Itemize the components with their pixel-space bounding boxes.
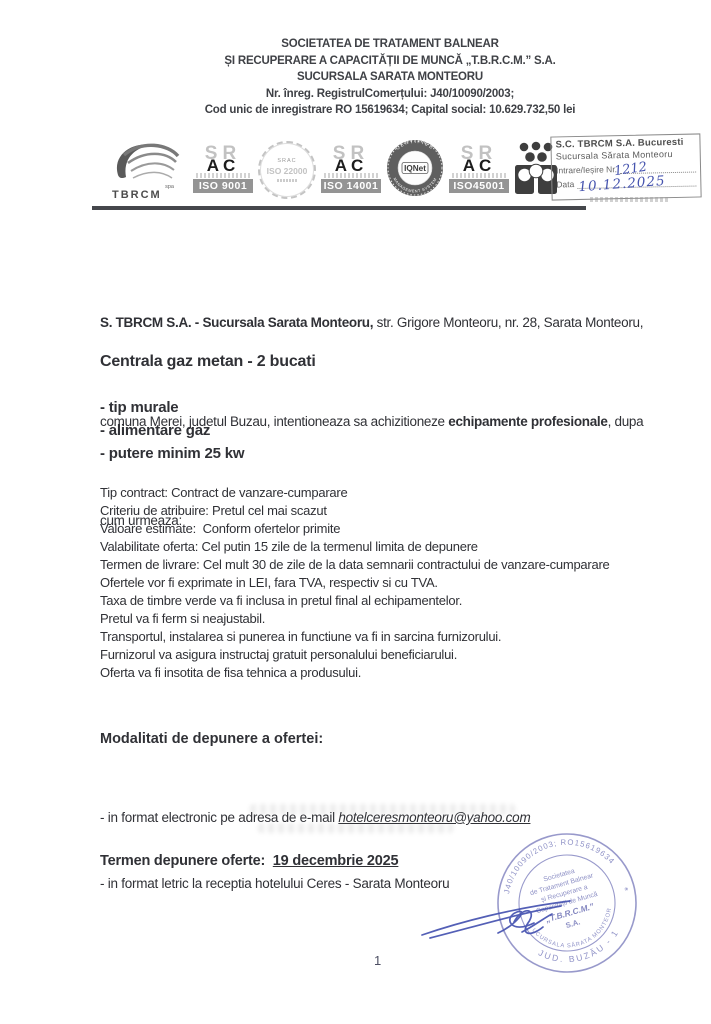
iso45001-badge-icon: SR AC ISO45001 — [449, 147, 509, 193]
spec-transport: Transportul, instalarea si punerea in fu… — [100, 628, 610, 646]
iqnet-badge-icon: CERTIFIED MANAGEMENT SYSTEM IQNet — [386, 139, 444, 202]
badge-fineprint — [452, 173, 506, 178]
tbrcm-logo-label: TBRCM — [112, 189, 162, 201]
header-line-company2: ȘI RECUPERARE A CAPACITĂȚII DE MUNCĂ „T.… — [70, 53, 710, 70]
bullet-putere: - putere minim 25 kw — [100, 442, 244, 465]
header-line-fiscal: Cod unic de inregistrare RO 15619634; Ca… — [70, 102, 710, 119]
spec-taxa-timbre: Taxa de timbre verde va fi inclusa in pr… — [100, 592, 610, 610]
spec-valabilitate: Valabilitate oferta: Cel putin 15 zile d… — [100, 538, 610, 556]
submission-title: Modalitati de depunere a ofertei: — [100, 731, 323, 747]
iso45001-label: ISO45001 — [449, 179, 509, 193]
item-title: Centrala gaz metan - 2 bucati — [100, 353, 316, 371]
header-line-branch: SUCURSALA SARATA MONTEORU — [70, 69, 710, 86]
handwritten-entry-date: 10.12.2025 — [578, 173, 666, 195]
signature — [418, 880, 603, 955]
iso14001-badge-icon: SR AC ISO 14001 — [321, 147, 381, 193]
item-spec-bullets: - tip murale - alimentare gaz - putere m… — [100, 396, 244, 465]
bullet-alimentare: - alimentare gaz — [100, 419, 244, 442]
badge-fineprint — [196, 173, 250, 178]
iso9001-label: ISO 9001 — [193, 179, 253, 193]
contract-conditions: Tip contract: Contract de vanzare-cumpar… — [100, 484, 610, 682]
srac-label: SRAC — [277, 158, 296, 164]
deadline-date: 19 decembrie 2025 — [273, 853, 399, 869]
stamp-fineprint — [590, 197, 670, 202]
header-line-company: SOCIETATEA DE TRATAMENT BALNEAR — [70, 36, 710, 53]
intent-text-cont: , dupa — [608, 414, 644, 429]
deadline-line: Termen depunere oferte: 19 decembrie 202… — [100, 853, 398, 869]
registry-date-label: Data — [556, 179, 574, 189]
ghost-text-smudge — [250, 804, 515, 815]
spec-valoare: Valoare estimate: Conform ofertelor prim… — [100, 520, 610, 538]
header-line-registry: Nr. înreg. RegistrulComerțului: J40/1009… — [70, 86, 710, 103]
iqnet-center-label: IQNet — [404, 164, 426, 173]
tbrcm-spa-sublabel: spa — [165, 184, 174, 190]
scanned-document-page: SOCIETATEA DE TRATAMENT BALNEAR ȘI RECUP… — [0, 0, 711, 1024]
badge-fineprint — [324, 173, 378, 178]
registry-number-label: Intrare/Ieșire Nr. — [556, 164, 617, 175]
ghost-text-smudge — [258, 823, 453, 833]
spec-instructaj: Furnizorul va asigura instructaj gratuit… — [100, 646, 610, 664]
intro-line-1: S. TBRCM S.A. - Sucursala Sarata Monteor… — [100, 306, 643, 339]
certification-logo-row: spa TBRCM SR AC ISO 9001 SRAC ISO 22000 … — [104, 134, 558, 206]
registry-entry-stamp-box: S.C. TBRCM S.A. Bucuresti Sucursala Săra… — [550, 133, 701, 200]
spec-oferte-lei: Ofertele vor fi exprimate in LEI, fara T… — [100, 574, 610, 592]
bullet-tip: - tip murale — [100, 396, 244, 419]
spec-criteriu: Criteriu de atribuire: Pretul cel mai sc… — [100, 502, 610, 520]
srac-fineprint — [277, 179, 297, 182]
iso9001-badge-icon: SR AC ISO 9001 — [193, 147, 253, 193]
tbrcm-spa-logo-icon: spa TBRCM — [104, 137, 188, 203]
spec-fisa-tehnica: Oferta va fi insotita de fisa tehnica a … — [100, 664, 610, 682]
page-number: 1 — [374, 953, 381, 968]
spec-pret-ferm: Pretul va fi ferm si neajustabil. — [100, 610, 610, 628]
header-divider-rule — [92, 206, 586, 210]
company-name-bold: S. TBRCM S.A. - Sucursala Sarata Monteor… — [100, 315, 373, 330]
company-header: SOCIETATEA DE TRATAMENT BALNEAR ȘI RECUP… — [70, 36, 710, 119]
srac-iso22000-badge-icon: SRAC ISO 22000 — [258, 141, 316, 199]
ac-mark: AC — [321, 159, 381, 172]
address-text: str. Grigore Monteoru, nr. 28, Sarata Mo… — [373, 315, 643, 330]
ac-mark: AC — [449, 159, 509, 172]
deadline-label: Termen depunere oferte: — [100, 853, 273, 869]
registry-branch-line: Sucursala Sărata Monteoru — [556, 149, 696, 162]
iso22000-label: ISO 22000 — [267, 166, 308, 176]
spec-termen-livrare: Termen de livrare: Cel mult 30 de zile d… — [100, 556, 610, 574]
ac-mark: AC — [193, 159, 253, 172]
equipment-bold: echipamente profesionale — [448, 414, 607, 429]
spec-tip-contract: Tip contract: Contract de vanzare-cumpar… — [100, 484, 610, 502]
stamp-star: * — [624, 886, 631, 898]
iso14001-label: ISO 14001 — [321, 179, 381, 193]
